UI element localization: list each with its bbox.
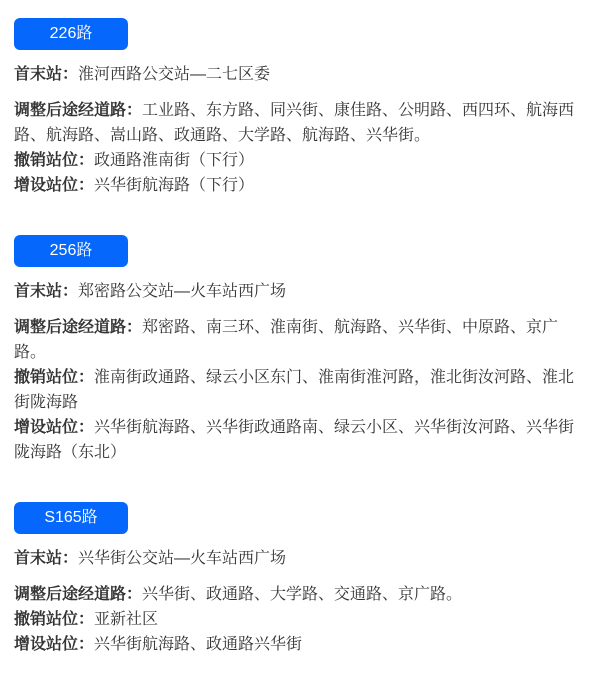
added-stops-line: 增设站位：兴华街航海路、兴华街政通路南、绿云小区、兴华街汝河路、兴华街陇海路（东… xyxy=(14,415,583,465)
terminals-value: 淮河西路公交站—二七区委 xyxy=(78,66,270,83)
added-stops-label: 增设站位： xyxy=(14,636,94,653)
roads-label: 调整后途经道路： xyxy=(14,102,142,119)
terminals-line: 首末站：淮河西路公交站—二七区委 xyxy=(14,62,583,87)
removed-stops-label: 撤销站位： xyxy=(14,152,94,169)
route-badge-s165[interactable]: S165路 xyxy=(14,502,128,534)
terminals-value: 兴华街公交站—火车站西广场 xyxy=(78,550,286,567)
terminals-label: 首末站： xyxy=(14,550,78,567)
added-stops-value: 兴华街航海路、兴华街政通路南、绿云小区、兴华街汝河路、兴华街陇海路（东北） xyxy=(14,419,574,461)
removed-stops-value: 淮南街政通路、绿云小区东门、淮南街淮河路，淮北街汝河路、淮北街陇海路 xyxy=(14,369,574,411)
route-section-256: 256路 首末站：郑密路公交站—火车站西广场 调整后途经道路：郑密路、南三环、淮… xyxy=(14,235,583,465)
roads-label: 调整后途经道路： xyxy=(14,586,142,603)
route-section-s165: S165路 首末站：兴华街公交站—火车站西广场 调整后途经道路：兴华街、政通路、… xyxy=(14,502,583,657)
added-stops-label: 增设站位： xyxy=(14,419,94,436)
removed-stops-label: 撤销站位： xyxy=(14,369,94,386)
added-stops-line: 增设站位：兴华街航海路（下行） xyxy=(14,173,583,198)
removed-stops-value: 政通路淮南街（下行） xyxy=(94,152,254,169)
removed-stops-line: 撤销站位：淮南街政通路、绿云小区东门、淮南街淮河路，淮北街汝河路、淮北街陇海路 xyxy=(14,365,583,415)
roads-label: 调整后途经道路： xyxy=(14,319,142,336)
roads-line: 调整后途经道路：兴华街、政通路、大学路、交通路、京广路。 xyxy=(14,582,583,607)
added-stops-label: 增设站位： xyxy=(14,177,94,194)
terminals-line: 首末站：兴华街公交站—火车站西广场 xyxy=(14,546,583,571)
added-stops-line: 增设站位：兴华街航海路、政通路兴华街 xyxy=(14,632,583,657)
route-badge-256[interactable]: 256路 xyxy=(14,235,128,267)
route-section-226: 226路 首末站：淮河西路公交站—二七区委 调整后途经道路：工业路、东方路、同兴… xyxy=(14,18,583,198)
removed-stops-label: 撤销站位： xyxy=(14,611,94,628)
roads-value: 兴华街、政通路、大学路、交通路、京广路。 xyxy=(142,586,462,603)
terminals-value: 郑密路公交站—火车站西广场 xyxy=(78,283,286,300)
removed-stops-value: 亚新社区 xyxy=(94,611,158,628)
terminals-label: 首末站： xyxy=(14,66,78,83)
added-stops-value: 兴华街航海路（下行） xyxy=(94,177,254,194)
removed-stops-line: 撤销站位：政通路淮南街（下行） xyxy=(14,148,583,173)
terminals-line: 首末站：郑密路公交站—火车站西广场 xyxy=(14,279,583,304)
terminals-label: 首末站： xyxy=(14,283,78,300)
roads-line: 调整后途经道路：工业路、东方路、同兴街、康佳路、公明路、西四环、航海西路、航海路… xyxy=(14,98,583,148)
route-badge-226[interactable]: 226路 xyxy=(14,18,128,50)
added-stops-value: 兴华街航海路、政通路兴华街 xyxy=(94,636,302,653)
removed-stops-line: 撤销站位：亚新社区 xyxy=(14,607,583,632)
roads-line: 调整后途经道路：郑密路、南三环、淮南街、航海路、兴华街、中原路、京广路。 xyxy=(14,315,583,365)
